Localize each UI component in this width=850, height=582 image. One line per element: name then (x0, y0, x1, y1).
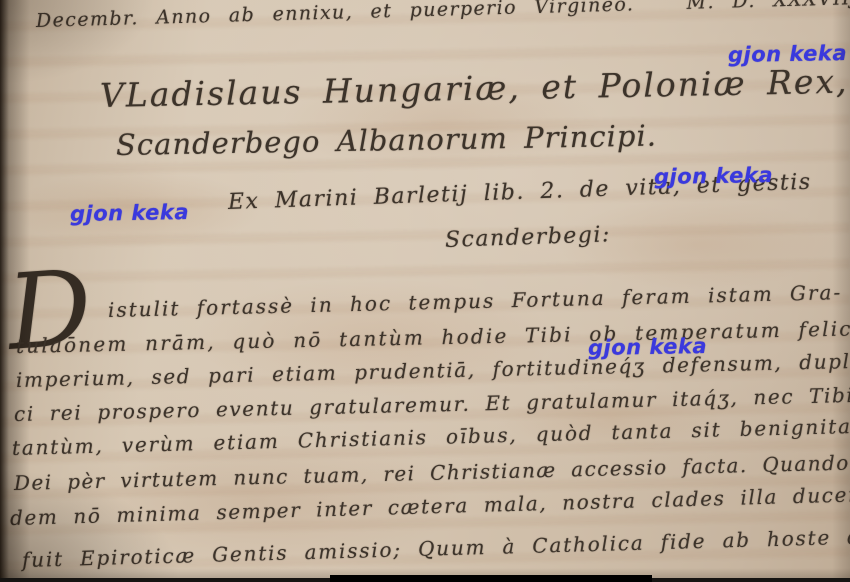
manuscript-photo: Decembr. Anno ab ennixu, et puerperio Vi… (0, 0, 850, 582)
photo-edge-vignette (0, 0, 850, 582)
bottom-bar-dark-segment (330, 575, 652, 582)
